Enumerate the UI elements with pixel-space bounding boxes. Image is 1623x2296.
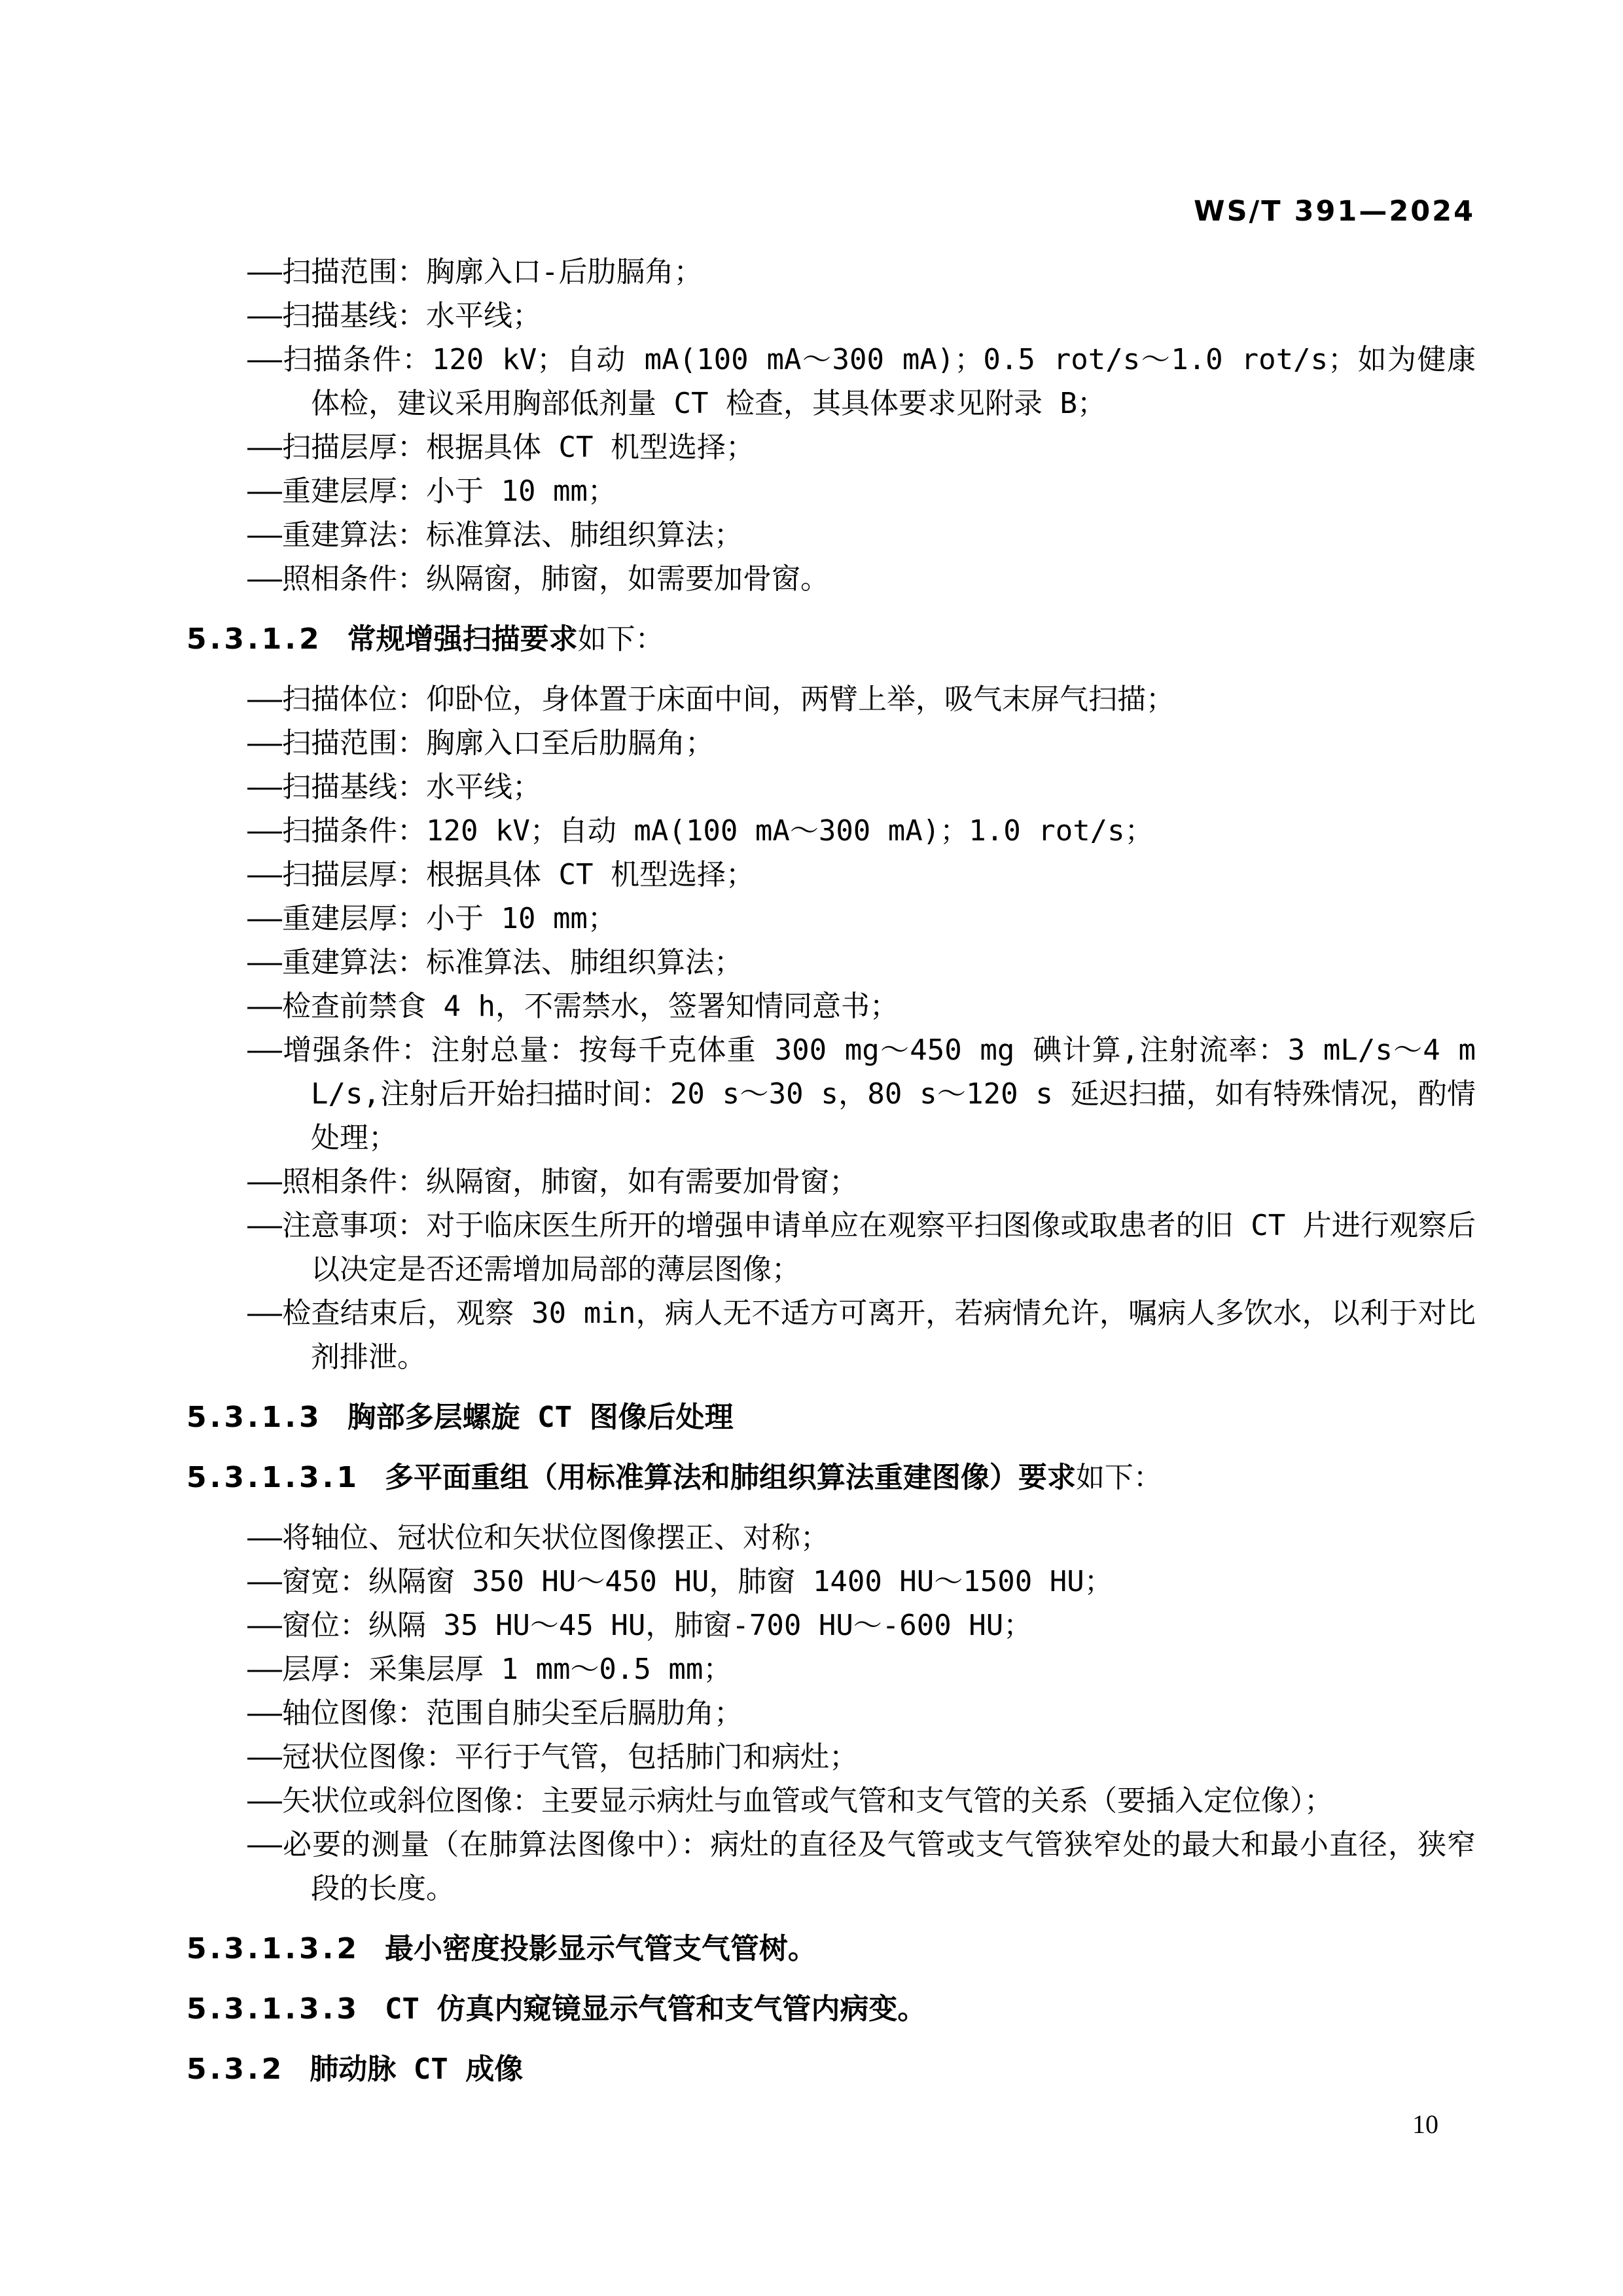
- heading-title: 胸部多层螺旋 CT 图像后处理: [348, 1401, 734, 1434]
- list-item: ——重建层厚：小于 10 mm；: [187, 897, 1476, 941]
- list-item: ——扫描基线：水平线；: [187, 765, 1476, 809]
- list-item: ——矢状位或斜位图像：主要显示病灶与血管或气管和支气管的关系（要插入定位像）；: [187, 1779, 1476, 1823]
- list-item: ——扫描范围：胸廓入口至后肋膈角；: [187, 721, 1476, 765]
- list-item: ——窗宽：纵隔窗 350 HU～450 HU，肺窗 1400 HU～1500 H…: [187, 1560, 1476, 1604]
- section-heading-5-3-1-3-1: 5.3.1.3.1多平面重组（用标准算法和肺组织算法重建图像）要求如下：: [187, 1456, 1476, 1499]
- list-item: ——扫描层厚：根据具体 CT 机型选择；: [187, 853, 1476, 897]
- standard-code-header: WS/T 391—2024: [1194, 195, 1475, 228]
- heading-title: 肺动脉 CT 成像: [310, 2053, 523, 2086]
- document-page: WS/T 391—2024 ——扫描范围：胸廓入口-后肋膈角； ——扫描基线：水…: [0, 0, 1623, 2296]
- list-item: ——检查结束后，观察 30 min，病人无不适方可离开，若病情允许，嘱病人多饮水…: [187, 1291, 1476, 1379]
- list-item: ——扫描条件：120 kV；自动 mA(100 mA～300 mA)；0.5 r…: [187, 338, 1476, 425]
- heading-suffix: 如下：: [578, 622, 664, 656]
- heading-number: 5.3.1.2: [187, 622, 323, 656]
- list-item: ——扫描条件：120 kV；自动 mA(100 mA～300 mA)；1.0 r…: [187, 809, 1476, 853]
- list-item: ——重建层厚：小于 10 mm；: [187, 469, 1476, 513]
- heading-title: 最小密度投影显示气管支气管树。: [385, 1932, 817, 1965]
- list-item: ——轴位图像：范围自肺尖至后膈肋角；: [187, 1691, 1476, 1735]
- list-item: ——必要的测量（在肺算法图像中）：病灶的直径及气管或支气管狭窄处的最大和最小直径…: [187, 1823, 1476, 1910]
- heading-number: 5.3.1.3.3: [187, 1992, 360, 2026]
- heading-number: 5.3.1.3: [187, 1401, 323, 1434]
- heading-number: 5.3.1.3.1: [187, 1461, 360, 1494]
- list-item: ——层厚：采集层厚 1 mm～0.5 mm；: [187, 1647, 1476, 1691]
- document-content: ——扫描范围：胸廓入口-后肋膈角； ——扫描基线：水平线； ——扫描条件：120…: [187, 250, 1476, 2108]
- list-item: ——增强条件：注射总量：按每千克体重 300 mg～450 mg 碘计算,注射流…: [187, 1028, 1476, 1160]
- heading-title: 多平面重组（用标准算法和肺组织算法重建图像）要求: [385, 1461, 1076, 1494]
- section-heading-5-3-1-3-2: 5.3.1.3.2最小密度投影显示气管支气管树。: [187, 1927, 1476, 1971]
- section-heading-5-3-1-3-3: 5.3.1.3.3CT 仿真内窥镜显示气管和支气管内病变。: [187, 1987, 1476, 2031]
- list-item: ——将轴位、冠状位和矢状位图像摆正、对称；: [187, 1516, 1476, 1560]
- heading-title: CT 仿真内窥镜显示气管和支气管内病变。: [385, 1992, 926, 2026]
- section-heading-5-3-1-3: 5.3.1.3胸部多层螺旋 CT 图像后处理: [187, 1395, 1476, 1439]
- list-item: ——扫描层厚：根据具体 CT 机型选择；: [187, 425, 1476, 469]
- heading-suffix: 如下：: [1076, 1461, 1162, 1494]
- section-heading-5-3-1-2: 5.3.1.2常规增强扫描要求如下：: [187, 617, 1476, 661]
- list-item: ——窗位：纵隔 35 HU～45 HU，肺窗-700 HU～-600 HU；: [187, 1604, 1476, 1647]
- list-item: ——冠状位图像：平行于气管，包括肺门和病灶；: [187, 1735, 1476, 1779]
- heading-title: 常规增强扫描要求: [348, 622, 578, 656]
- list-item: ——照相条件：纵隔窗，肺窗，如需要加骨窗。: [187, 557, 1476, 601]
- list-item: ——重建算法：标准算法、肺组织算法；: [187, 941, 1476, 984]
- list-item: ——重建算法：标准算法、肺组织算法；: [187, 513, 1476, 557]
- list-item: ——扫描体位：仰卧位，身体置于床面中间，两臂上举，吸气末屏气扫描；: [187, 677, 1476, 721]
- list-item: ——扫描范围：胸廓入口-后肋膈角；: [187, 250, 1476, 294]
- list-item: ——照相条件：纵隔窗，肺窗，如有需要加骨窗；: [187, 1160, 1476, 1204]
- list-item: ——注意事项：对于临床医生所开的增强申请单应在观察平扫图像或取患者的旧 CT 片…: [187, 1204, 1476, 1291]
- section-heading-5-3-2: 5.3.2肺动脉 CT 成像: [187, 2047, 1476, 2091]
- list-item: ——检查前禁食 4 h，不需禁水，签署知情同意书；: [187, 984, 1476, 1028]
- list-item: ——扫描基线：水平线；: [187, 294, 1476, 338]
- page-number: 10: [1412, 2109, 1438, 2140]
- heading-number: 5.3.2: [187, 2053, 285, 2086]
- heading-number: 5.3.1.3.2: [187, 1932, 360, 1965]
